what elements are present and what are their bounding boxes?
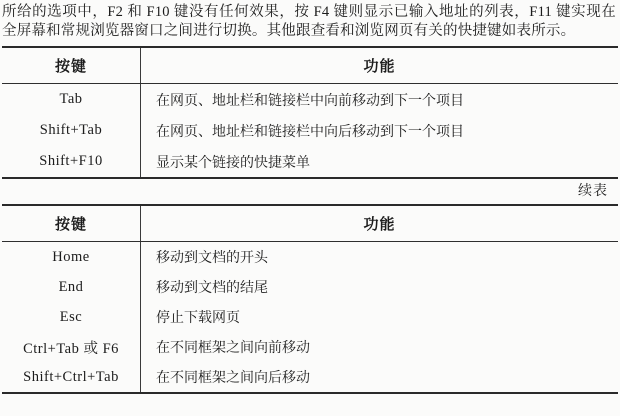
key-column-header: 按键 — [2, 205, 141, 242]
key-cell: End — [2, 272, 141, 302]
key-cell: Shift+F10 — [2, 146, 141, 178]
function-cell: 移动到文档的结尾 — [141, 272, 619, 302]
table-row: Shift+Tab 在网页、地址栏和链接栏中向后移动到下一个项目 — [2, 115, 618, 146]
shortcut-table-1: 按键 功能 Tab 在网页、地址栏和链接栏中向前移动到下一个项目 Shift+T… — [2, 46, 618, 179]
function-cell: 显示某个链接的快捷菜单 — [141, 146, 619, 178]
function-column-header: 功能 — [141, 205, 619, 242]
key-column-header: 按键 — [2, 47, 141, 84]
shortcut-table-2: 按键 功能 Home 移动到文档的开头 End 移动到文档的结尾 Esc 停止下… — [2, 204, 618, 394]
key-cell: Home — [2, 242, 141, 273]
table-row: End 移动到文档的结尾 — [2, 272, 618, 302]
function-cell: 在网页、地址栏和链接栏中向前移动到下一个项目 — [141, 84, 619, 116]
table-row: Esc 停止下载网页 — [2, 302, 618, 332]
intro-paragraph: 所给的选项中，F2 和 F10 键没有任何效果，按 F4 键则显示已输入地址的列… — [2, 3, 616, 41]
table-row: Home 移动到文档的开头 — [2, 242, 618, 273]
table-row: Ctrl+Tab 或 F6 在不同框架之间向前移动 — [2, 332, 618, 362]
key-cell: Esc — [2, 302, 141, 332]
key-cell: Shift+Ctrl+Tab — [2, 362, 141, 393]
function-cell: 在不同框架之间向前移动 — [141, 332, 619, 362]
function-cell: 停止下载网页 — [141, 302, 619, 332]
function-cell: 在网页、地址栏和链接栏中向后移动到下一个项目 — [141, 115, 619, 146]
function-column-header: 功能 — [141, 47, 619, 84]
key-cell: Ctrl+Tab 或 F6 — [2, 332, 141, 362]
key-cell: Shift+Tab — [2, 115, 141, 146]
table-header-row: 按键 功能 — [2, 205, 618, 242]
table-row: Shift+Ctrl+Tab 在不同框架之间向后移动 — [2, 362, 618, 393]
function-cell: 在不同框架之间向后移动 — [141, 362, 619, 393]
key-cell: Tab — [2, 84, 141, 116]
continued-table-label: 续表 — [2, 179, 618, 203]
table-row: Shift+F10 显示某个链接的快捷菜单 — [2, 146, 618, 178]
table-header-row: 按键 功能 — [2, 47, 618, 84]
function-cell: 移动到文档的开头 — [141, 242, 619, 273]
table-row: Tab 在网页、地址栏和链接栏中向前移动到下一个项目 — [2, 84, 618, 116]
document-page: 所给的选项中，F2 和 F10 键没有任何效果，按 F4 键则显示已输入地址的列… — [0, 0, 620, 416]
